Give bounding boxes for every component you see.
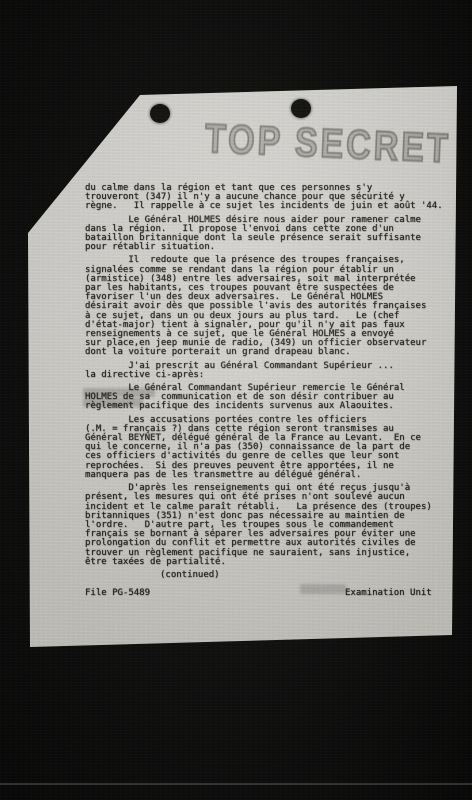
paragraph: Le Général HOLMES désire nous aider pour…: [85, 216, 457, 253]
photo-background: TOP SECRET du calme dans la région et ta…: [0, 0, 472, 800]
paragraph: du calme dans la région et tant que ces …: [85, 184, 457, 212]
scan-artifact-line: [0, 783, 472, 785]
document-body: du calme dans la région et tant que ces …: [85, 184, 457, 599]
top-secret-stamp: TOP SECRET: [204, 115, 452, 172]
file-number: File PG-5489: [85, 589, 150, 598]
continued-note: (continued): [85, 571, 457, 580]
document-page: TOP SECRET du calme dans la région et ta…: [28, 85, 458, 647]
hole-punch-left: [150, 104, 170, 123]
paragraph: D'après les renseignements qui ont été r…: [85, 484, 457, 567]
hole-punch-right: [291, 99, 311, 118]
paragraph: Les accusations portées contre les offic…: [85, 416, 457, 480]
paragraph: Le Général Commandant Supérieur remercie…: [85, 384, 457, 412]
paragraph: Il redoute que la présence des troupes f…: [85, 256, 457, 357]
footer-row: File PG-5489 Examination Unit: [85, 589, 457, 599]
examination-unit-label: Examination Unit: [345, 589, 432, 598]
paragraph: J'ai prescrit au Général Commandant Supé…: [85, 362, 457, 380]
